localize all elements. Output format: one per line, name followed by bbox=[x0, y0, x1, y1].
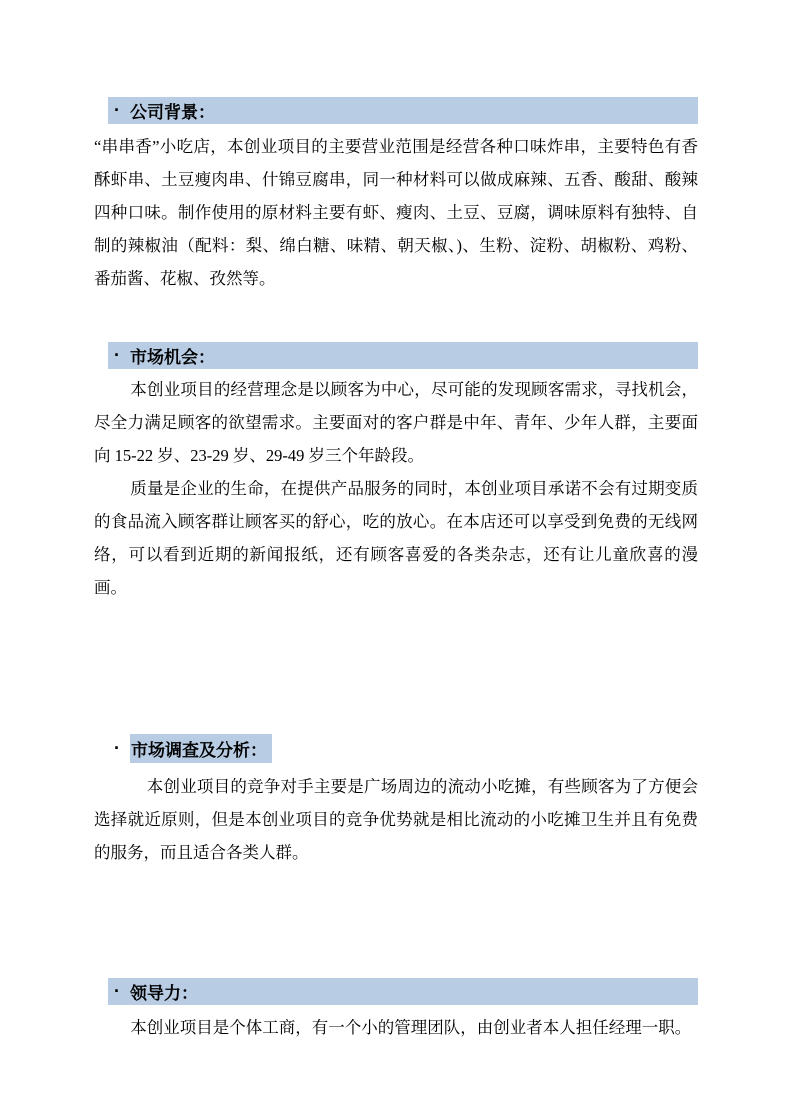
paragraph-text: 本创业项目的竞争对手主要是广场周边的流动小吃摊，有些顾客为了方便会选择就近原则，… bbox=[94, 770, 698, 869]
bullet-icon: · bbox=[108, 978, 130, 1005]
document-page: · 公司背景： “串串香”小吃店，本创业项目的主要营业范围是经营各种口味炸串，主… bbox=[0, 0, 792, 1120]
paragraph-text: 质量是企业的生命，在提供产品服务的同时，本创业项目承诺不会有过期变质的食品流入顾… bbox=[94, 472, 698, 604]
section-market-opportunity: · 市场机会： 本创业项目的经营理念是以顾客为中心，尽可能的发现顾客需求，寻找机… bbox=[94, 342, 698, 604]
section-heading-row: · 市场调查及分析： bbox=[108, 735, 698, 762]
section-heading-bar: · 领导力： bbox=[108, 978, 698, 1005]
section-heading-bar: · 市场机会： bbox=[108, 342, 698, 369]
section-heading-text: 领导力： bbox=[130, 979, 198, 1004]
section-heading-text: 市场调查及分析： bbox=[130, 734, 272, 763]
section-company-background: · 公司背景： “串串香”小吃店，本创业项目的主要营业范围是经营各种口味炸串，主… bbox=[94, 97, 698, 295]
section-heading-text: 公司背景： bbox=[130, 98, 215, 123]
paragraph-text: 本创业项目的经营理念是以顾客为中心，尽可能的发现顾客需求，寻找机会，尽全力满足顾… bbox=[94, 373, 698, 472]
section-heading-bar: · 公司背景： bbox=[108, 97, 698, 124]
section-leadership: · 领导力： 本创业项目是个体工商，有一个小的管理团队，由创业者本人担任经理一职… bbox=[94, 978, 698, 1044]
bullet-icon: · bbox=[108, 735, 130, 762]
bullet-icon: · bbox=[108, 97, 130, 124]
section-market-research-analysis: · 市场调查及分析： 本创业项目的竞争对手主要是广场周边的流动小吃摊，有些顾客为… bbox=[94, 735, 698, 869]
paragraph-text: “串串香”小吃店，本创业项目的主要营业范围是经营各种口味炸串，主要特色有香酥虾串… bbox=[94, 130, 698, 295]
section-heading-text: 市场机会： bbox=[130, 343, 215, 368]
bullet-icon: · bbox=[108, 342, 130, 369]
paragraph-text: 本创业项目是个体工商，有一个小的管理团队，由创业者本人担任经理一职。 bbox=[94, 1011, 698, 1044]
